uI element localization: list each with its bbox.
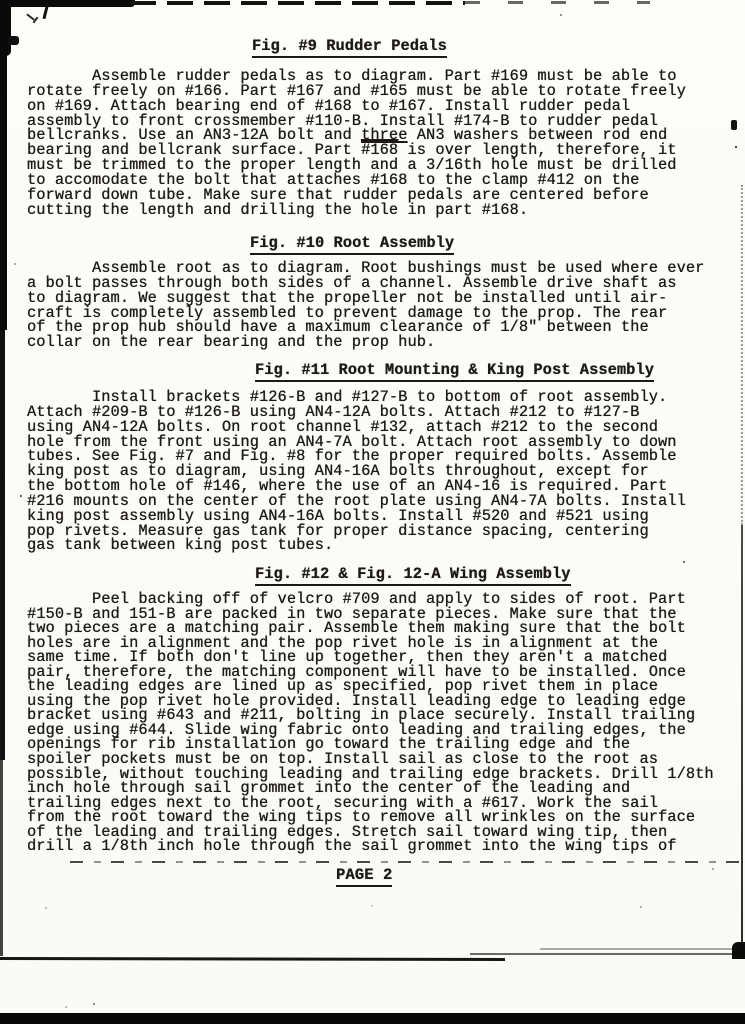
scan-artifact-top-edge-dashes [130, 1, 465, 5]
scan-artifact-top-hook [42, 6, 48, 19]
scan-artifact-left-notch [7, 36, 19, 45]
heading-text: Fig. #12 & Fig. 12-A Wing Assembly [255, 565, 571, 586]
text-line: collar on the rear bearing and the prop … [27, 335, 739, 350]
text-line: drill a 1/8th inch hole through the sail… [27, 839, 739, 854]
scan-artifact-right-dotted-line [741, 185, 743, 525]
page-number: PAGE 2 [336, 866, 392, 884]
scan-artifact-scribble [26, 13, 34, 20]
scan-artifact-bottom-bar [0, 1013, 745, 1024]
scan-artifact-specks [0, 0, 2, 2]
heading-text: Fig. #10 Root Assembly [250, 234, 454, 255]
scan-artifact-top-edge [0, 0, 135, 7]
text-line: cutting the length and drilling the hole… [27, 203, 739, 218]
scan-artifact-left-edge-mid [0, 330, 5, 760]
scan-artifact-left-corner [0, 0, 11, 56]
paragraph-fig-11: Install brackets #126-B and #127-B to bo… [27, 390, 739, 553]
scan-artifact-paper-bottom-edge-3 [540, 948, 745, 950]
scan-artifact-top-edge-dashes-faint [465, 1, 650, 4]
heading-fig-10-root-assembly: Fig. #10 Root Assembly [250, 234, 454, 252]
scan-artifact-dashed-rule [70, 861, 742, 863]
scan-artifact-left-edge [0, 0, 7, 330]
heading-fig-11-root-mounting-king-post: Fig. #11 Root Mounting & King Post Assem… [255, 361, 654, 379]
paragraph-fig-12: Peel backing off of velcro #709 and appl… [27, 592, 739, 854]
page-number-text: PAGE 2 [336, 866, 392, 887]
heading-text: Fig. #9 Rudder Pedals [252, 37, 447, 58]
scanned-document-page: Fig. #9 Rudder Pedals Assemble rudder pe… [0, 0, 745, 1024]
scan-artifact-right-line [741, 525, 743, 957]
paragraph-fig-9: Assemble rudder pedals as to diagram. Pa… [27, 69, 739, 217]
scan-artifact-paper-bottom-edge [0, 957, 505, 961]
heading-text: Fig. #11 Root Mounting & King Post Assem… [255, 361, 654, 382]
heading-fig-12-wing-assembly: Fig. #12 & Fig. 12-A Wing Assembly [255, 565, 571, 583]
paragraph-fig-10: Assemble root as to diagram. Root bushin… [27, 261, 739, 350]
scan-artifact-left-edge-low [0, 760, 3, 956]
scan-artifact-scribble [33, 17, 39, 24]
heading-fig-9-rudder-pedals: Fig. #9 Rudder Pedals [252, 37, 447, 55]
scan-artifact-paper-bottom-edge-2 [470, 953, 745, 955]
text-line: gas tank between king post tubes. [27, 538, 739, 553]
scan-artifact-bottom-right-blob [732, 942, 745, 959]
